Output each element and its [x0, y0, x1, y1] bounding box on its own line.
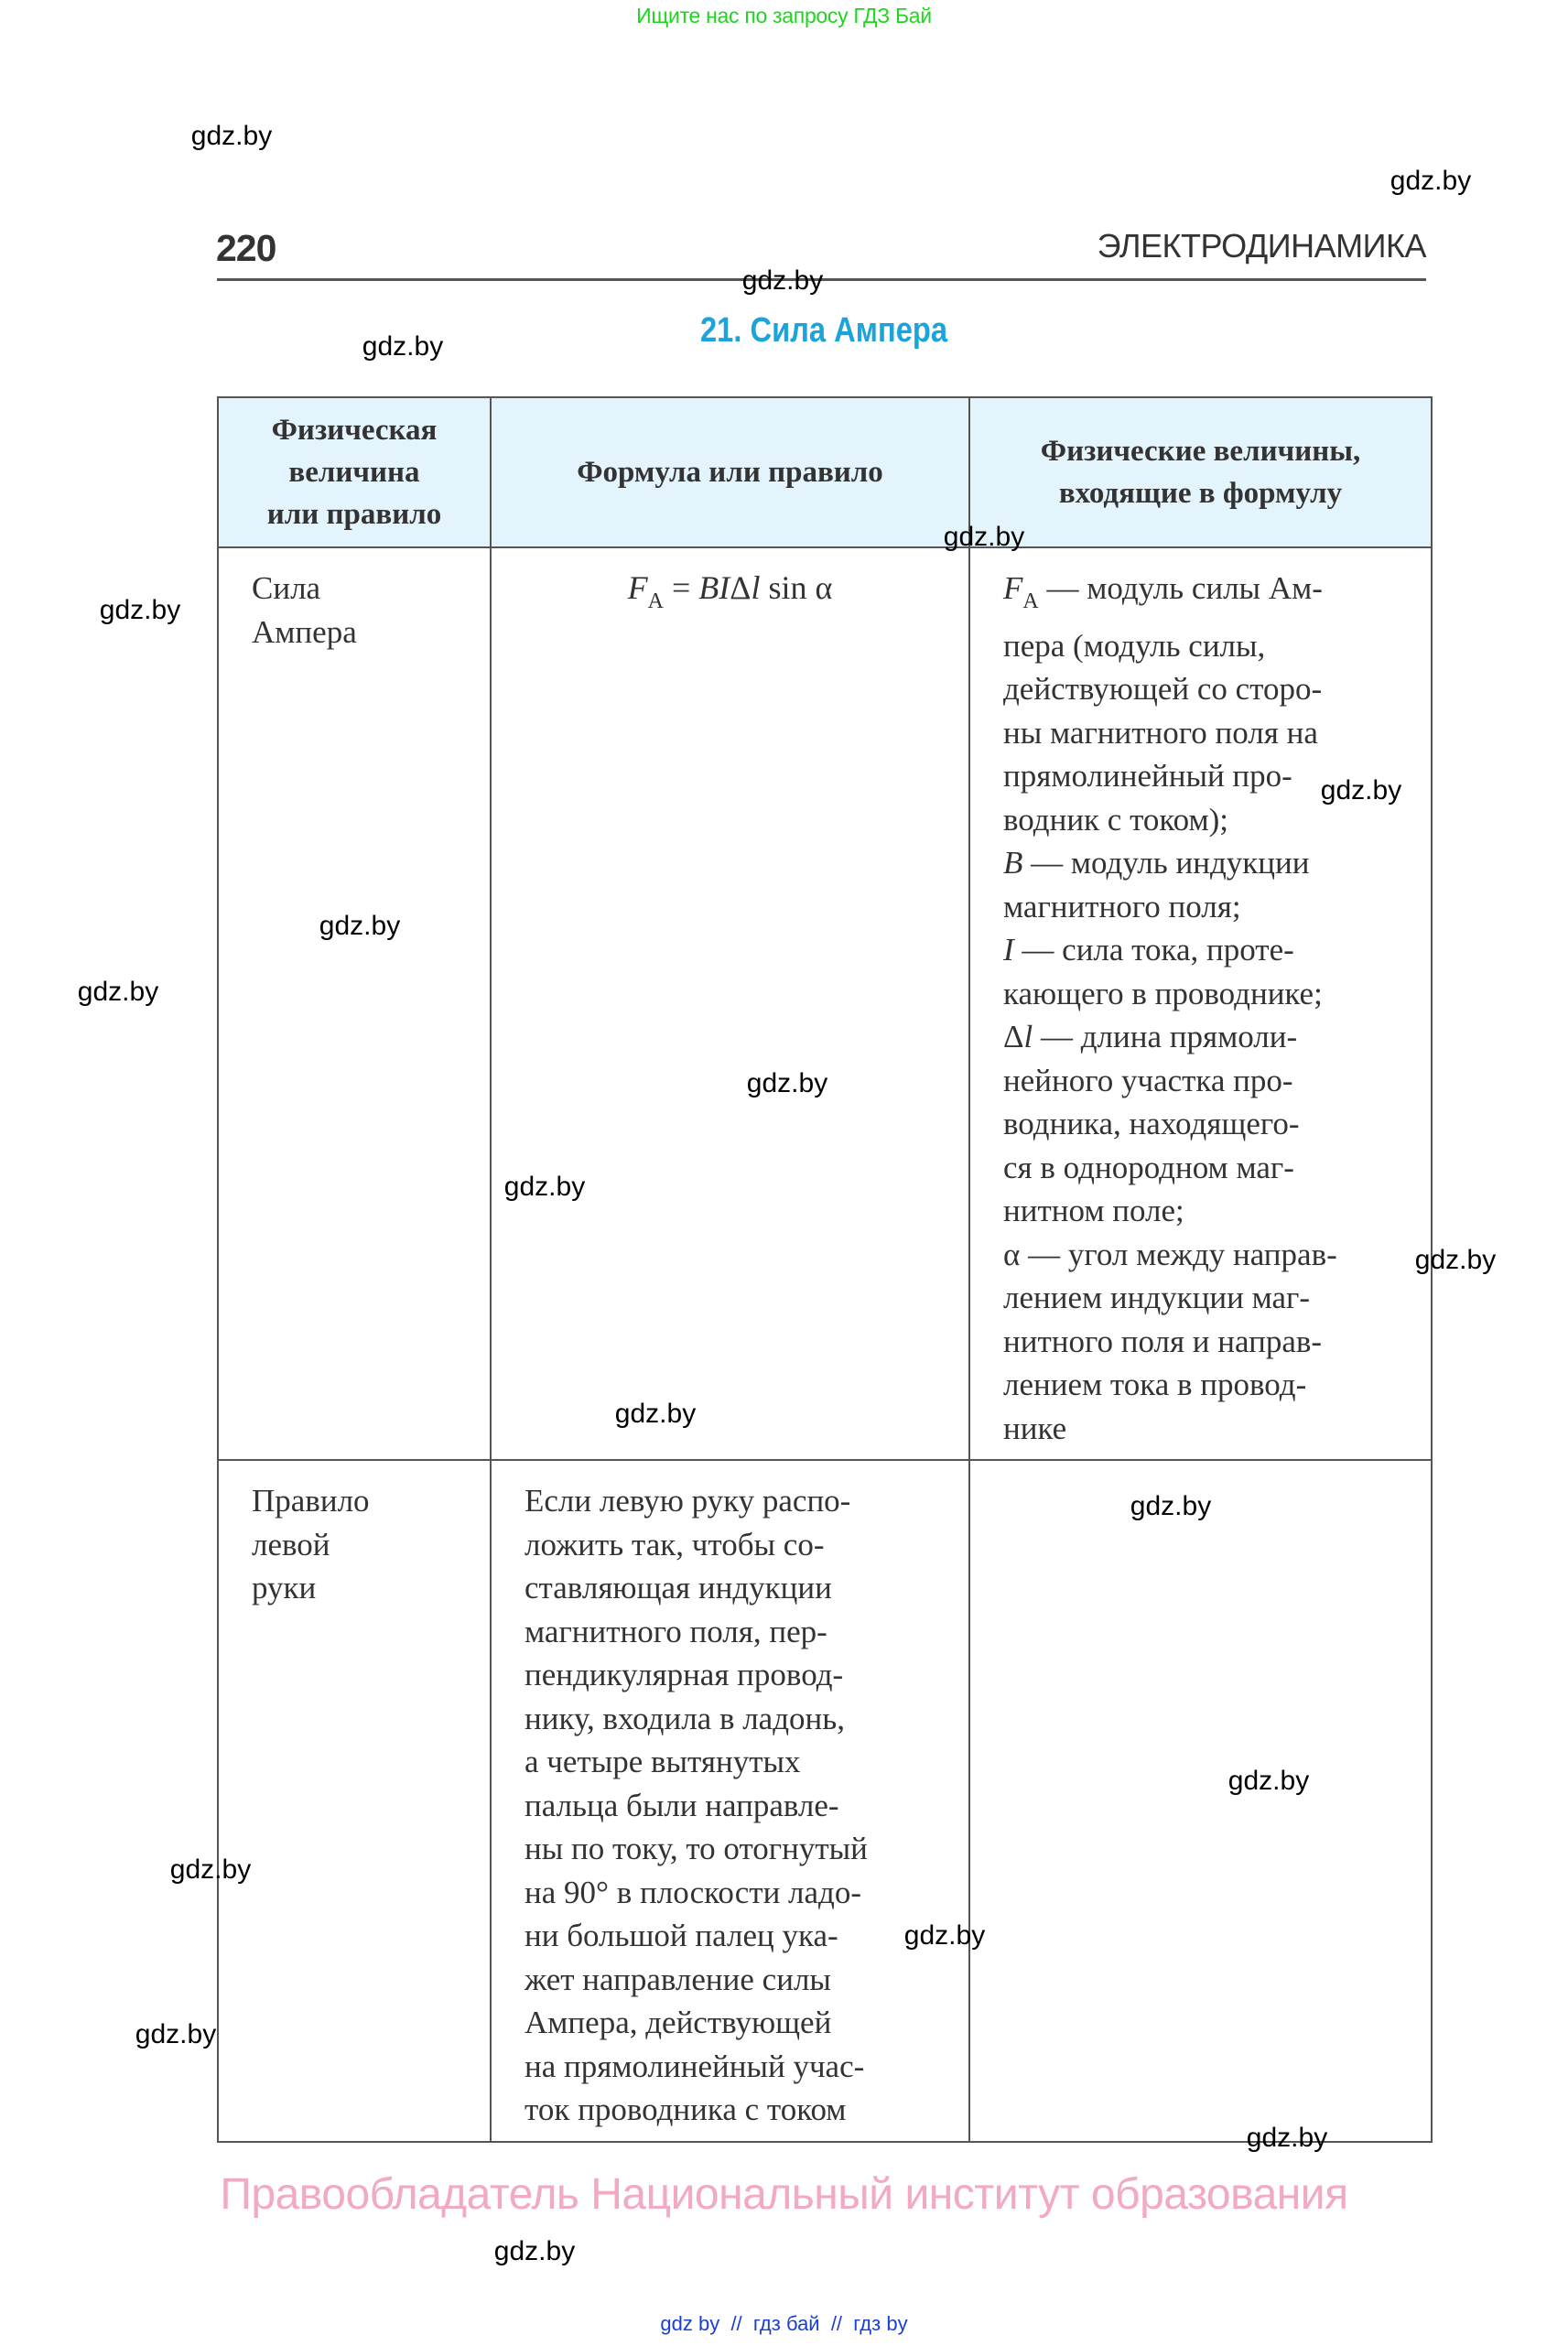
watermark: gdz.by — [747, 1068, 827, 1099]
watermark: gdz.by — [494, 2236, 575, 2267]
quantity-text: лением тока в провод- — [1003, 1367, 1306, 1402]
formula-subscript: A — [648, 589, 664, 613]
cell-line: Ампера — [252, 611, 471, 654]
symbol: B — [1003, 845, 1022, 881]
cell-quantities: FA — модуль силы Ам-пера (модуль силы,де… — [969, 547, 1432, 1460]
cell-line: руки — [252, 1566, 471, 1610]
quantity-line: пера (модуль силы, — [1003, 624, 1412, 668]
quantity-line: ны магнитного поля на — [1003, 711, 1412, 755]
symbol: α — [1003, 1237, 1020, 1272]
header-line: величина — [228, 451, 481, 493]
watermark: gdz.by — [1247, 2123, 1327, 2154]
rule-line: на 90° в плоскости ладо- — [524, 1871, 950, 1915]
header-line: Физическая — [228, 409, 481, 451]
symbol: Δ — [1003, 1019, 1024, 1054]
watermark: gdz.by — [944, 522, 1024, 553]
cell-line: Правило — [252, 1479, 471, 1523]
watermark: gdz.by — [100, 595, 180, 626]
section-title: ЭЛЕКТРОДИНАМИКА — [1098, 227, 1426, 265]
rule-line: ни большой палец ука- — [524, 1914, 950, 1958]
rule-line: Ампера, действующей — [524, 2001, 950, 2045]
rule-line: ны по току, то отогнутый — [524, 1827, 950, 1871]
ampere-force-table: Физическая величина или правило Формула … — [217, 396, 1433, 2143]
watermark: gdz.by — [1321, 775, 1401, 806]
watermark: gdz.by — [1228, 1766, 1309, 1797]
quantity-line: магнитного поля; — [1003, 885, 1412, 929]
quantity-text: кающего в проводнике; — [1003, 976, 1323, 1011]
quantity-line: кающего в проводнике; — [1003, 972, 1412, 1016]
formula-alpha: α — [815, 569, 832, 606]
rule-line: Если левую руку распо- — [524, 1479, 950, 1523]
rule-line: а четыре вытянутых — [524, 1740, 950, 1784]
quantity-text: пера (модуль силы, — [1003, 628, 1265, 664]
quantity-text: нике — [1003, 1411, 1066, 1446]
header-formula: Формула или правило — [491, 397, 969, 547]
quantity-text: нейного участка про- — [1003, 1063, 1293, 1098]
symbol: I — [1003, 932, 1014, 968]
formula-symbol: BI — [698, 569, 730, 606]
quantity-text: — модуль индукции — [1022, 845, 1309, 881]
formula-equals: = — [664, 569, 698, 606]
cell-quantity-name: Сила Ампера — [218, 547, 491, 1460]
header-quantity: Физическая величина или правило — [218, 397, 491, 547]
table-row: Правило левой руки Если левую руку распо… — [218, 1460, 1432, 2142]
quantity-line: водника, находящего- — [1003, 1102, 1412, 1146]
watermark: gdz.by — [504, 1172, 585, 1203]
quantity-line: лением индукции маг- — [1003, 1276, 1412, 1320]
quantity-line: нике — [1003, 1407, 1412, 1451]
quantity-text: водник с током); — [1003, 802, 1228, 838]
copyright-owner: Правообладатель Национальный институт об… — [0, 2169, 1568, 2220]
ampere-formula: FA = BIΔl sin α — [628, 569, 833, 606]
watermark: gdz.by — [135, 2019, 216, 2050]
quantity-text: — длина прямоли- — [1033, 1019, 1297, 1054]
rule-line: пальца были направле- — [524, 1784, 950, 1828]
quantity-text: прямолинейный про- — [1003, 758, 1292, 794]
cell-quantity-name: Правило левой руки — [218, 1460, 491, 2142]
subscript: A — [1022, 589, 1038, 613]
quantity-line: нейного участка про- — [1003, 1059, 1412, 1103]
quantity-line: FA — модуль силы Ам- — [1003, 567, 1412, 624]
quantity-text: нитном поле; — [1003, 1193, 1184, 1228]
search-hint-banner[interactable]: Ищите нас по запросу ГДЗ Бай — [0, 4, 1568, 28]
quantity-line: нитном поле; — [1003, 1189, 1412, 1233]
quantity-line: действующей со сторо- — [1003, 667, 1412, 711]
page-number: 220 — [216, 227, 276, 270]
symbol: F — [1003, 570, 1022, 606]
rule-line: ток проводника с током — [524, 2088, 950, 2132]
watermark: gdz.by — [904, 1920, 985, 1951]
quantity-text: — угол между направ- — [1020, 1237, 1336, 1272]
watermark: gdz.by — [1130, 1491, 1211, 1522]
watermark: gdz.by — [1415, 1245, 1496, 1276]
quantity-text: ны магнитного поля на — [1003, 715, 1318, 751]
quantity-line: B — модуль индукции — [1003, 841, 1412, 885]
quantity-line: нитного поля и направ- — [1003, 1320, 1412, 1364]
cell-quantities — [969, 1460, 1432, 2142]
quantity-text: — сила тока, проте- — [1014, 932, 1294, 968]
cell-line: левой — [252, 1523, 471, 1567]
formula-delta: Δ — [730, 569, 751, 606]
watermark: gdz.by — [362, 331, 443, 362]
rule-line: ложить так, чтобы со- — [524, 1523, 950, 1567]
table-header-row: Физическая величина или правило Формула … — [218, 397, 1432, 547]
quantity-line: Δl — длина прямоли- — [1003, 1015, 1412, 1059]
quantity-text: водника, находящего- — [1003, 1106, 1300, 1141]
quantity-line: α — угол между направ- — [1003, 1233, 1412, 1277]
header-quantities: Физические величины, входящие в формулу — [969, 397, 1432, 547]
rule-line: ставляющая индукции — [524, 1566, 950, 1610]
quantity-text: — модуль силы Ам- — [1039, 570, 1323, 606]
watermark: gdz.by — [170, 1854, 251, 1886]
cell-line: Сила — [252, 567, 471, 611]
quantity-text: лением индукции маг- — [1003, 1280, 1310, 1315]
table-row: Сила Ампера FA = BIΔl sin α FA — модуль … — [218, 547, 1432, 1460]
symbol: l — [1024, 1019, 1033, 1054]
quantity-text: нитного поля и направ- — [1003, 1324, 1322, 1359]
chapter-title: 21. Сила Ампера — [115, 311, 1532, 351]
formula-symbol: F — [628, 569, 648, 606]
cell-rule-text: Если левую руку распо-ложить так, чтобы … — [491, 1460, 969, 2142]
watermark: gdz.by — [191, 121, 272, 152]
watermark: gdz.by — [615, 1399, 696, 1430]
watermark: gdz.by — [78, 977, 158, 1008]
watermark: gdz.by — [319, 911, 400, 942]
cell-formula: FA = BIΔl sin α — [491, 547, 969, 1460]
quantity-text: действующей со сторо- — [1003, 671, 1322, 707]
quantity-text: ся в однородном маг- — [1003, 1150, 1294, 1185]
watermark: gdz.by — [742, 265, 823, 297]
header-line: входящие в формулу — [979, 472, 1422, 514]
watermark: gdz.by — [1390, 166, 1471, 197]
quantity-text: магнитного поля; — [1003, 889, 1241, 924]
header-line: или правило — [228, 493, 481, 535]
rule-line: жет направление силы — [524, 1958, 950, 2002]
bottom-links[interactable]: gdz by // гдз бай // гдз by — [0, 2312, 1568, 2336]
quantity-line: лением тока в провод- — [1003, 1363, 1412, 1407]
formula-symbol: l — [751, 569, 760, 606]
quantity-line: ся в однородном маг- — [1003, 1146, 1412, 1190]
formula-sin: sin — [760, 569, 815, 606]
header-line: Формула или правило — [501, 451, 959, 493]
header-line: Физические величины, — [979, 430, 1422, 472]
rule-line: магнитного поля, пер- — [524, 1610, 950, 1654]
rule-line: нику, входила в ладонь, — [524, 1697, 950, 1741]
quantity-line: I — сила тока, проте- — [1003, 928, 1412, 972]
rule-line: пендикулярная провод- — [524, 1653, 950, 1697]
rule-line: на прямолинейный учас- — [524, 2045, 950, 2089]
